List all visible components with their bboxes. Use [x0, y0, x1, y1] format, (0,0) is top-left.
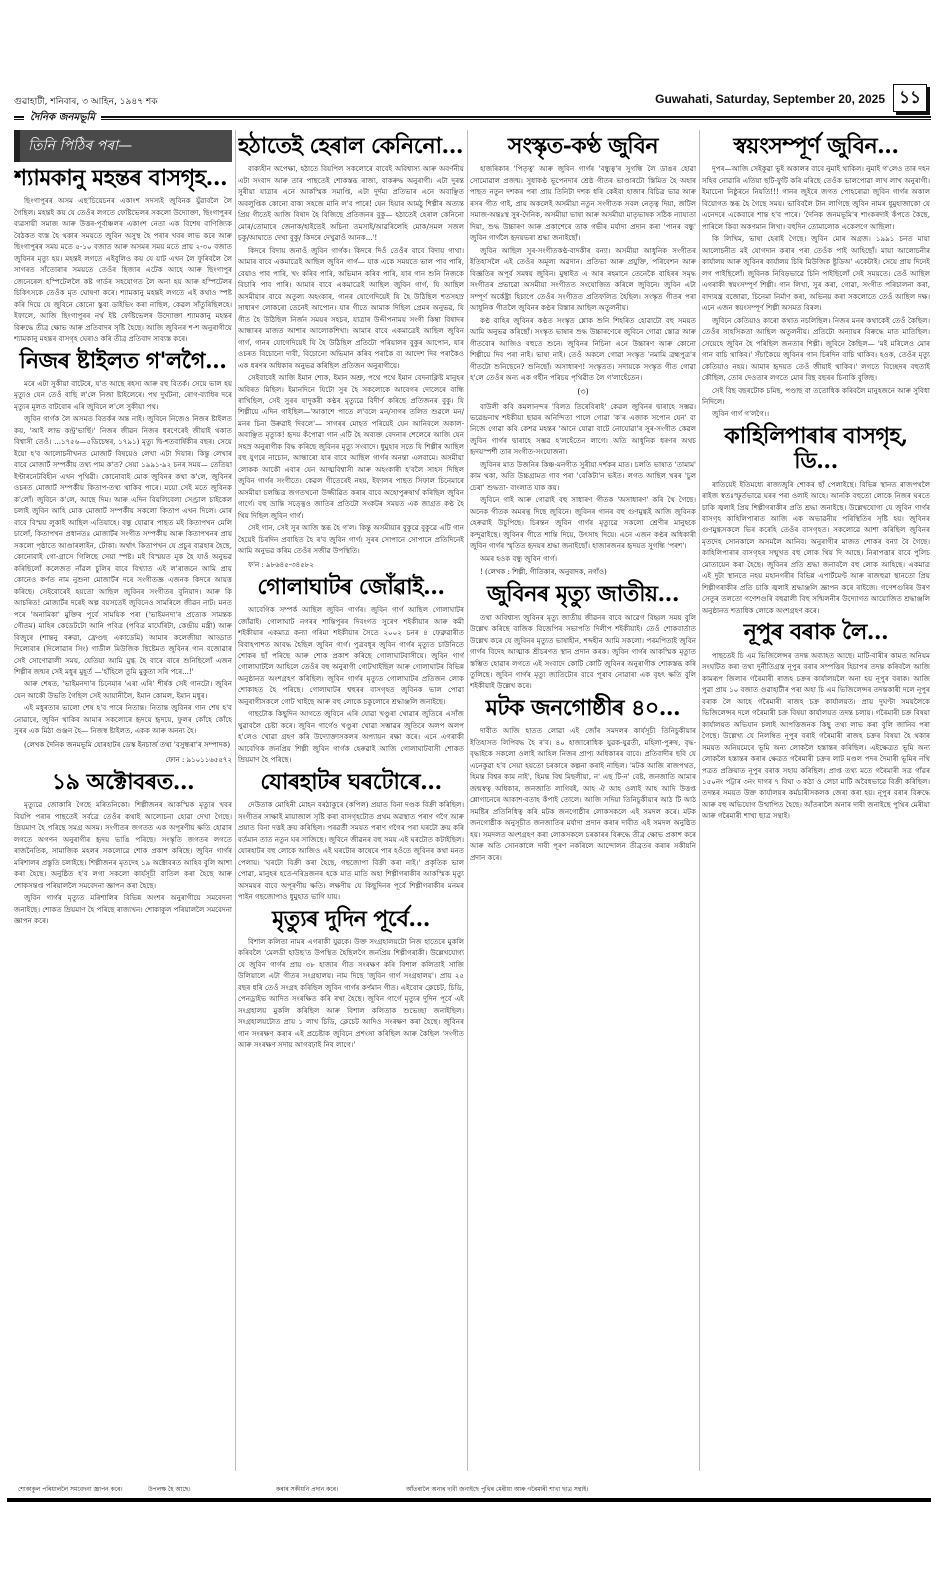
headline-self-sufficient: স্বয়ংসম্পূৰ্ণ জুবিন... [702, 134, 930, 159]
section-number: (৩) [470, 386, 696, 399]
column-1: তিনি পিঠিৰ পৰা— শ্যামকানু মহন্তৰ বাসগৃহ.… [14, 130, 232, 1471]
phone-number: ফ'ন : ৯৮৬৪৫-৩৪৫৮২ [248, 559, 464, 571]
paragraph: জুবিনৰ মাত উজনিৰ কিঞ্চ-মনগীত সুৰীয়া দৰ্… [470, 459, 696, 493]
article-body: তথা অবিশ্বাস্য জুবিনৰ মৃত্যু জাতীয় জীৱন… [470, 612, 696, 692]
article-body: হাজৰিকাৰ 'পিতৃত্ব' আৰু জুবিন গাৰ্গৰ 'বন্… [470, 163, 696, 383]
headline-two-days-before: মৃত্যুৰ দুদিন পূৰ্বে... [238, 907, 464, 932]
paragraph: জুবিন গাৰ্গ গ'লগৈ।। [702, 408, 930, 419]
headline-kahilipara-residence: কাহিলিপাৰাৰ বাসগৃহ, ডি... [702, 424, 930, 475]
header-rule [14, 116, 931, 118]
footer-col3: কৰাৰ সকীয়নি প্ৰদান কৰে। [276, 1484, 338, 1495]
phone-number: ফোন : ৯১০১১৬৫৫৭২ [14, 754, 232, 766]
article-body: আবেগিক সম্পৰ্ক আছিল জুবিন গাৰ্গৰ। জুবিন … [238, 604, 464, 766]
paragraph: বাক্যহীন অপেক্ষা, হঠাতে বিয়পিল সকলোৰে ব… [238, 163, 464, 243]
article-body: বিশাল কলিতা নামৰ এগৰাকী যুৱকে। উক্ত সংগ্… [238, 936, 464, 1051]
paragraph: জুবিন গাৰ্গক লৈ অসমত বিতৰ্কৰ অন্ত নাই। জ… [14, 413, 232, 677]
paragraph: সেইবাবেই আজি ইমান শোক, ইমান অশ্ৰু, পথে প… [238, 372, 464, 521]
column-divider [699, 130, 700, 1471]
page-header: গুৱাহাটী, শনিবাৰ, ৩ আহিন, ১৯৪৭ শক Guwaha… [14, 84, 931, 120]
paragraph: বাউলী কবি কমলানন্দৰ 'বিলত তিৰেবিৰাই' কেৱ… [470, 401, 696, 458]
paragraph: জুবিন গাৰ্গৰ মৃত্যুত মৰিশালিৰ বিভিন্ন অং… [14, 892, 232, 926]
paragraph: তথা অবিশ্বাস্য জুবিনৰ মৃত্যু জাতীয় জীৱন… [470, 612, 696, 692]
paragraph: এই মধুৰতাৰ ভালো শেষ হ'ব পাৰে নিতান্ত। নি… [14, 702, 232, 736]
paragraph: গাছটোক কিছুদিন আগতে জুবিনে এৰি যোৱা খণ্ড… [238, 708, 464, 765]
page-number-badge: ১১ [893, 84, 927, 112]
article-body: বাউলী কবি কমলানন্দৰ 'বিলত তিৰেবিৰাই' কেৱ… [470, 401, 696, 565]
footer-col4: আঁতৰালৈ অনাৰ দাবী জনাইছে পুথিৰ মেৰীয়া আ… [406, 1484, 588, 1495]
article-body: মৃত্যুৱে জোকাৰি গৈছে মৰিতনিকো। শিল্পীজনৰ… [14, 799, 232, 926]
article-body: দুপৰ—আজি সেইকুৱা ভুই অকালৰ বাবে নুমাই থা… [702, 163, 930, 420]
headline-own-style: নিজৰ ষ্টাইলত গ'লগৈ... [14, 349, 232, 374]
paragraph: কণ্ঠ বাহিৰ জুবিনৰ কণ্ঠত সংস্কৃত শ্লোক শু… [470, 315, 696, 384]
masthead: দৈনিক জনমভূমি [24, 110, 101, 127]
paragraph: কিদৰে বিদায় জনাওঁ জুবিন গাৰ্গক। কিদৰে দ… [238, 245, 464, 371]
paragraph: সেই বিছ বছৰটোক চমিছ, পণ্ডাছ বা ততোধিক কৰ… [702, 385, 930, 408]
headline-motok-community: মটক জনগোষ্ঠীৰ ৪০... [470, 696, 696, 721]
headline-shyamkanu: শ্যামকানু মহন্তৰ বাসগৃহ... [14, 166, 232, 191]
column-footers: শোকাকুল পৰিয়াললৈ সমবেদনা জ্ঞাপন কৰে। উপ… [14, 1484, 931, 1494]
date-local: গুৱাহাটী, শনিবাৰ, ৩ আহিন, ১৯৪৭ শক [14, 94, 158, 109]
headline-national-loss: জুবিনৰ মৃত্যু জাতীয়... [470, 582, 696, 607]
author-credit: (লেখক দৈনিক জনমভূমি যোৰহাটৰ ডেস্ক ইনচাৰ্… [24, 739, 232, 751]
author-credit: ! (লেখক : শিল্পী, গীতিকাৰ, অনুবাদক, নগাঁ… [480, 566, 696, 578]
footer-col1: শোকাকুল পৰিয়াললৈ সমবেদনা জ্ঞাপন কৰে। [18, 1484, 123, 1495]
footer-rule [7, 1498, 931, 1502]
paragraph: ছিংগাপুৰৰ অসম এছ'চিয়েচনৰ একাংশ সদস্যই জ… [14, 195, 232, 344]
article-body: পাছতেই চি এম ভিজিলেন্সৰ তদন্ত অব্যাহত আছ… [702, 650, 930, 822]
paragraph: আবেগিক সম্পৰ্ক আছিল জুবিন গাৰ্গৰ। জুবিন … [238, 604, 464, 707]
headline-golaghat: গোলাঘাটৰ জোঁৱাই... [238, 575, 464, 600]
paragraph: পাছতেই চি এম ভিজিলেন্সৰ তদন্ত অব্যাহত আছ… [702, 650, 930, 822]
paragraph: কি লিখিম, ভাষা হেৰাই গৈছে। জুবিন মোৰ অগ্… [702, 233, 930, 313]
paragraph: মৰে এটা সুকীয়া বাটেৰে, য'ত আছে ৰহস্য আৰ… [14, 378, 232, 412]
header-rule-thin [14, 119, 931, 120]
paragraph: আৰু শেষত, 'ভাইমনদা'ৰ চিনেমাৰ 'এৰা এৰি' শ… [14, 678, 232, 701]
paragraph: অমৰ হওক বন্ধু জুবিন গাৰ্গ। [470, 553, 696, 564]
paragraph: ৰাতিয়েই ইতিমধ্যে ৰাজ্যজুৰি শোকৰ ছাঁ পেল… [702, 479, 930, 617]
footer-col2: উপলক্ষ হৈ আছে। [148, 1484, 191, 1495]
paragraph: জুবিনে গাই আৰু গোৱাই বহু সাধাৰণ গীতক 'অস… [470, 494, 696, 551]
article-body: দেউতাক মোহিনী মোহন বৰঠাকুৰে (কপিল) প্ৰয়… [238, 799, 464, 902]
paragraph: জুবিনে কেতিয়াও কাৰো কথাত নচলিছিল। নিজৰ … [702, 315, 930, 384]
column-2: হঠাতেই হেৰাল কেনিনো... বাক্যহীন অপেক্ষা,… [238, 130, 464, 1471]
headline-nupur-bora: নূপুৰ বৰাক লৈ... [702, 620, 930, 645]
paragraph: সেই গান, সেই সুৰ আজি স্তব্ধ হৈ গ'ল। কিন্… [238, 522, 464, 556]
paragraph: দুপৰ—আজি সেইকুৱা ভুই অকালৰ বাবে নুমাই থা… [702, 163, 930, 232]
paragraph: বিশাল কলিতা নামৰ এগৰাকী যুৱকে। উক্ত সংগ্… [238, 936, 464, 1051]
headline-sanskrit-voice: সংস্কৃত-কণ্ঠ জুবিন [470, 134, 696, 159]
paragraph: জুবিন আছিল সুৰ-সংগীতকণ্ঠ-বাদকীৰ বন্যা। অ… [470, 245, 696, 314]
column-3: সংস্কৃত-কণ্ঠ জুবিন হাজৰিকাৰ 'পিতৃত্ব' আৰ… [470, 130, 696, 1471]
column-divider [467, 130, 468, 1471]
headline-jorhat-house: যোৰহাটৰ ঘৰটোৰে... [238, 770, 464, 795]
article-body: মৰে এটা সুকীয়া বাটেৰে, য'ত আছে ৰহস্য আৰ… [14, 378, 232, 737]
paragraph: মৃত্যুৱে জোকাৰি গৈছে মৰিতনিকো। শিল্পীজনৰ… [14, 799, 232, 891]
article-body: দাবীত আজি হাতত লোৱা এই জোঁৰ সমদলৰ কাৰ্যস… [470, 725, 696, 863]
article-body: বাক্যহীন অপেক্ষা, হঠাতে বিয়পিল সকলোৰে ব… [238, 163, 464, 556]
paragraph: দেউতাক মোহিনী মোহন বৰঠাকুৰে (কপিল) প্ৰয়… [238, 799, 464, 902]
column-4: স্বয়ংসম্পূৰ্ণ জুবিন... দুপৰ—আজি সেইকুৱা… [702, 130, 930, 1471]
article-body: ছিংগাপুৰৰ অসম এছ'চিয়েচনৰ একাংশ সদস্যই জ… [14, 195, 232, 344]
column-divider [235, 130, 236, 1471]
paragraph: দাবীত আজি হাতত লোৱা এই জোঁৰ সমদলৰ কাৰ্যস… [470, 725, 696, 863]
headline-october-19: ১৯ অক্টোবৰত... [14, 770, 232, 795]
paragraph: হাজৰিকাৰ 'পিতৃত্ব' আৰু জুবিন গাৰ্গৰ 'বন্… [470, 163, 696, 243]
continued-kicker: তিনি পিঠিৰ পৰা— [14, 130, 232, 162]
headline-suddenly-lost: হঠাতেই হেৰাল কেনিনো... [238, 134, 464, 159]
article-body: ৰাতিয়েই ইতিমধ্যে ৰাজ্যজুৰি শোকৰ ছাঁ পেল… [702, 479, 930, 617]
date-english: Guwahati, Saturday, September 20, 2025 [655, 92, 885, 106]
